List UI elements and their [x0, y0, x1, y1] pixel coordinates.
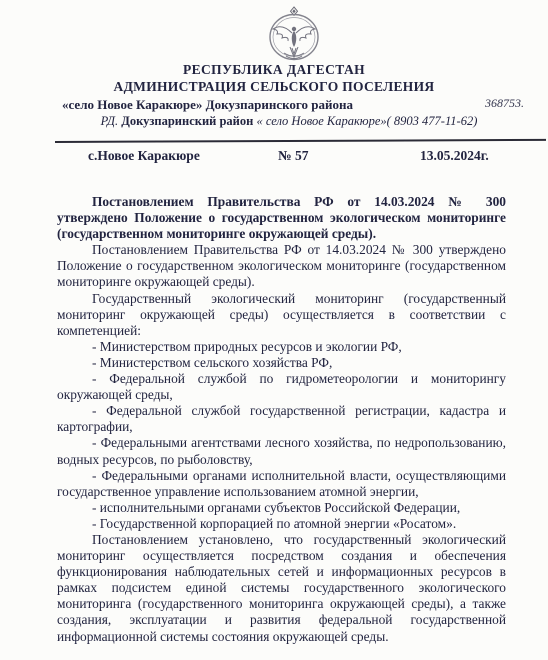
document-body: Постановлением Правительства РФ от 14.03…: [57, 194, 506, 645]
header-divider-line: [55, 139, 546, 143]
doc-place: с.Новое Каракюре: [88, 148, 200, 164]
list-item-regional-executive-bodies: - исполнительными органами субъектов Рос…: [57, 500, 506, 516]
list-item-federal-agencies: - Федеральными агентствами лесного хозяй…: [57, 435, 506, 467]
contact-region-abbr: РД.: [101, 114, 118, 128]
header-village-line: «село Новое Каракюре» Докузпаринского ра…: [62, 97, 353, 113]
paragraph-resolution: Постановлением Правительства РФ от 14.03…: [57, 242, 506, 290]
dagestan-coat-of-arms-icon: [262, 6, 326, 64]
list-item-registration-service: - Федеральной службой государственной ре…: [57, 403, 506, 435]
list-item-rosatom: - Государственной корпорацией по атомной…: [57, 516, 506, 532]
list-item-ministry-nature: - Министерством природных ресурсов и эко…: [57, 339, 506, 355]
header-administration: АДМИНИСТРАЦИЯ СЕЛЬСКОГО ПОСЕЛЕНИЯ: [0, 79, 548, 95]
contact-phone: « село Новое Каракюре»( 8903 477-11-62): [256, 114, 477, 128]
doc-date: 13.05.2024г.: [420, 148, 489, 164]
scanned-document-page: РЕСПУБЛИКА ДАГЕСТАН АДМИНИСТРАЦИЯ СЕЛЬСК…: [0, 0, 548, 660]
paragraph-resolution-bold: Постановлением Правительства РФ от 14.03…: [57, 194, 506, 242]
region-number: 368753.: [485, 96, 524, 111]
paragraph-conclusion: Постановлением установлено, что государс…: [57, 532, 506, 645]
list-item-hydromet-service: - Федеральной службой по гидрометеоролог…: [57, 371, 506, 403]
contact-district: Докузпаринский район: [121, 114, 253, 128]
list-item-ministry-agriculture: - Министерством сельского хозяйства РФ,: [57, 355, 506, 371]
doc-meta-row: с.Новое Каракюре № 57 13.05.2024г.: [0, 148, 548, 166]
list-item-atomic-energy-bodies: - Федеральными органами исполнительной в…: [57, 468, 506, 500]
header-republic: РЕСПУБЛИКА ДАГЕСТАН: [0, 62, 548, 78]
header-contact-line: РД. Докузпаринский район « село Новое Ка…: [30, 114, 548, 129]
paragraph-monitoring-intro: Государственный экологический мониторинг…: [57, 291, 506, 339]
doc-number: № 57: [278, 148, 308, 164]
